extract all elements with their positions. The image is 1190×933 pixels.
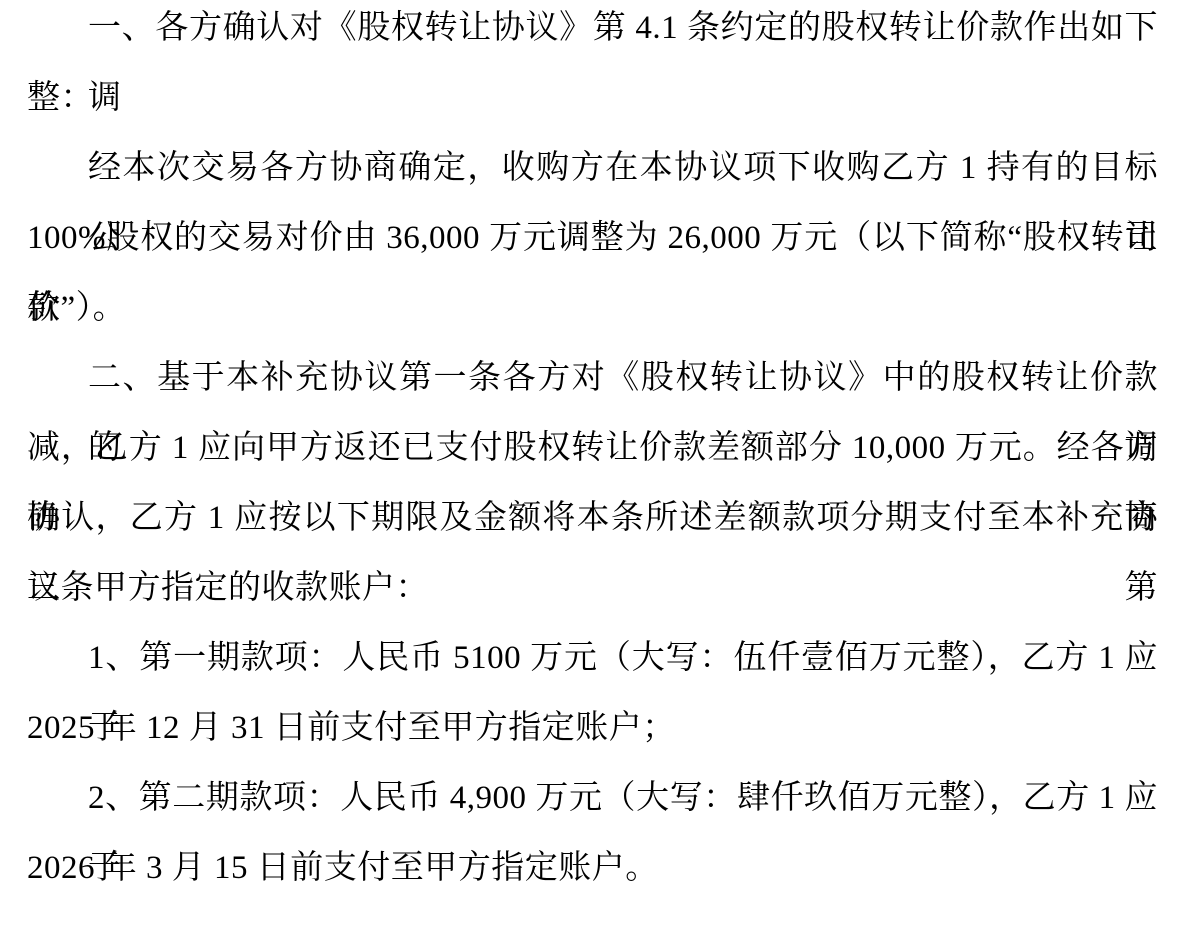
text-line: 减，乙方 1 应向甲方返还已支付股权转让价款差额部分 10,000 万元。经各方… <box>27 413 1158 483</box>
text-line: 经本次交易各方协商确定，收购方在本协议项下收购乙方 1 持有的目标公司 <box>27 133 1158 203</box>
paragraph-installment-2: 2、第二期款项：人民币 4,900 万元（大写：肆仟玖佰万元整），乙方 1 应于… <box>27 763 1158 903</box>
text-line: 款”）。 <box>27 273 1158 343</box>
paragraph-clause-1: 一、各方确认对《股权转让协议》第 4.1 条约定的股权转让价款作出如下调 整： <box>27 0 1158 133</box>
document-content: 一、各方确认对《股权转让协议》第 4.1 条约定的股权转让价款作出如下调 整： … <box>27 0 1158 903</box>
text-line: 1、第一期款项：人民币 5100 万元（大写：伍仟壹佰万元整），乙方 1 应于 <box>27 623 1158 693</box>
text-line: 确认，乙方 1 应按以下期限及金额将本条所述差额款项分期支付至本补充协议第 <box>27 483 1158 553</box>
text-line: 二、基于本补充协议第一条各方对《股权转让协议》中的股权转让价款的调 <box>27 343 1158 413</box>
text-line: 2025 年 12 月 31 日前支付至甲方指定账户； <box>27 693 1158 763</box>
text-line: 100%股权的交易对价由 36,000 万元调整为 26,000 万元（以下简称… <box>27 203 1158 273</box>
paragraph-clause-2: 二、基于本补充协议第一条各方对《股权转让协议》中的股权转让价款的调 减，乙方 1… <box>27 343 1158 623</box>
paragraph-installment-1: 1、第一期款项：人民币 5100 万元（大写：伍仟壹佰万元整），乙方 1 应于 … <box>27 623 1158 763</box>
document-page: 一、各方确认对《股权转让协议》第 4.1 条约定的股权转让价款作出如下调 整： … <box>0 0 1190 933</box>
text-line: 整： <box>27 63 1158 133</box>
text-line: 一、各方确认对《股权转让协议》第 4.1 条约定的股权转让价款作出如下调 <box>27 0 1158 63</box>
text-line: 2026 年 3 月 15 日前支付至甲方指定账户。 <box>27 833 1158 903</box>
text-line: 2、第二期款项：人民币 4,900 万元（大写：肆仟玖佰万元整），乙方 1 应于 <box>27 763 1158 833</box>
paragraph-clause-1-body: 经本次交易各方协商确定，收购方在本协议项下收购乙方 1 持有的目标公司 100%… <box>27 133 1158 343</box>
